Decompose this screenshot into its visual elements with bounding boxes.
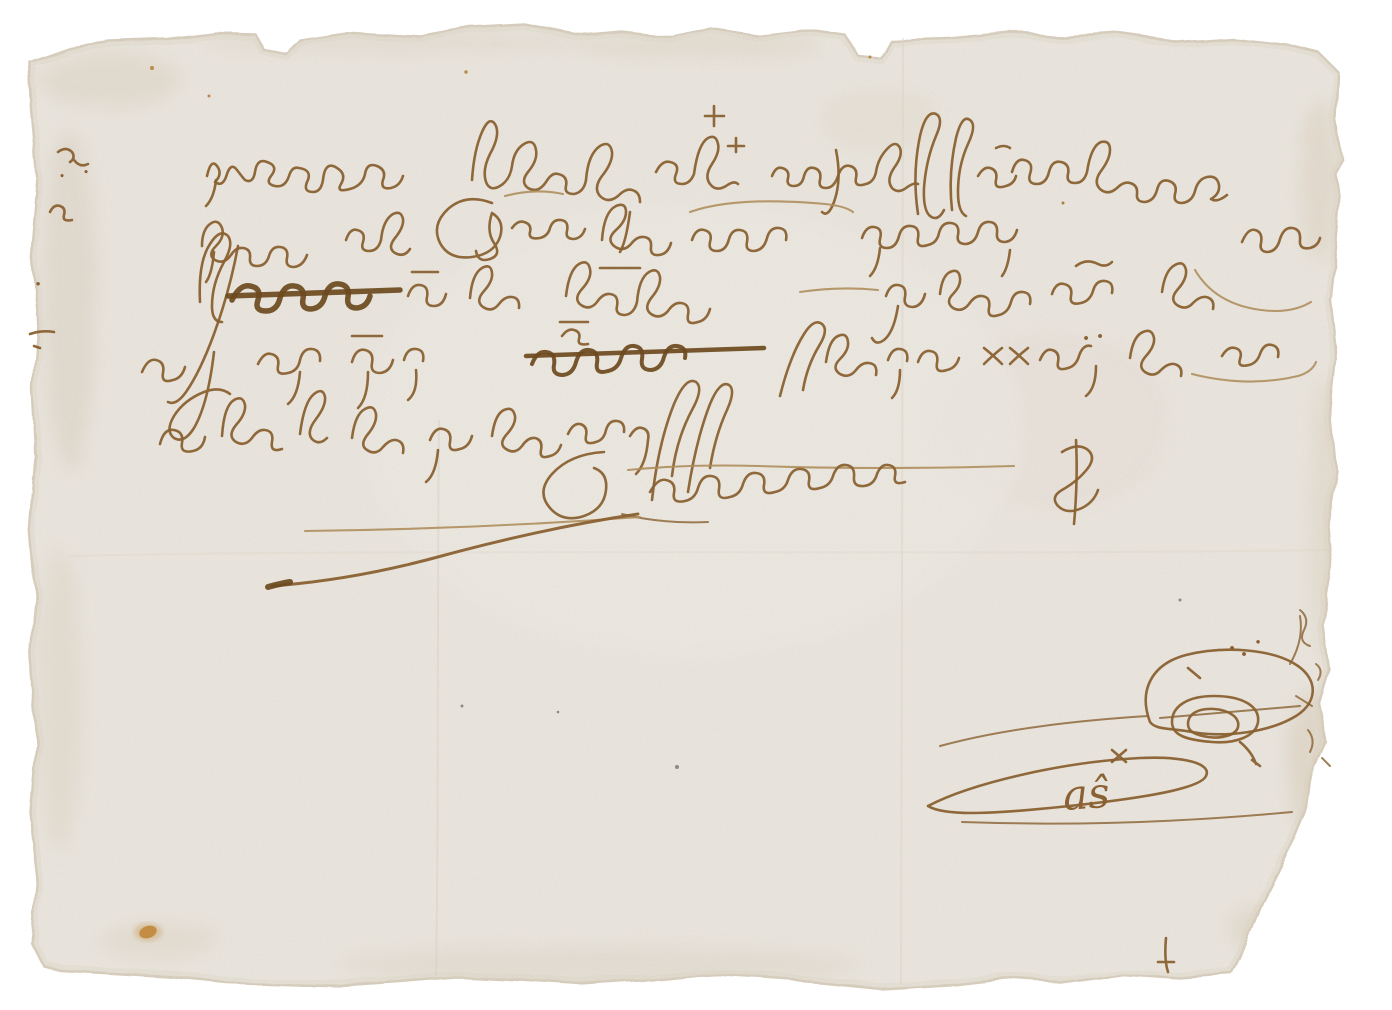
- ink-stain: [134, 923, 162, 941]
- annotation-as-text: aŝ: [1061, 768, 1111, 820]
- speck: [208, 95, 211, 98]
- speck: [675, 765, 679, 769]
- speck: [464, 70, 467, 73]
- speck: [557, 711, 560, 714]
- paper-sheet: [20, 15, 1350, 1000]
- speck: [869, 56, 872, 59]
- ink-stroke: [1322, 758, 1330, 766]
- speck: [150, 66, 154, 70]
- scan-background: aŝ: [0, 0, 1392, 1010]
- manuscript-scan: aŝ: [0, 0, 1392, 1010]
- paper-grain-texture: [20, 15, 1350, 1000]
- ink-dot: [36, 282, 40, 286]
- speck: [1062, 202, 1065, 205]
- speck: [461, 705, 464, 708]
- speck: [1179, 599, 1182, 602]
